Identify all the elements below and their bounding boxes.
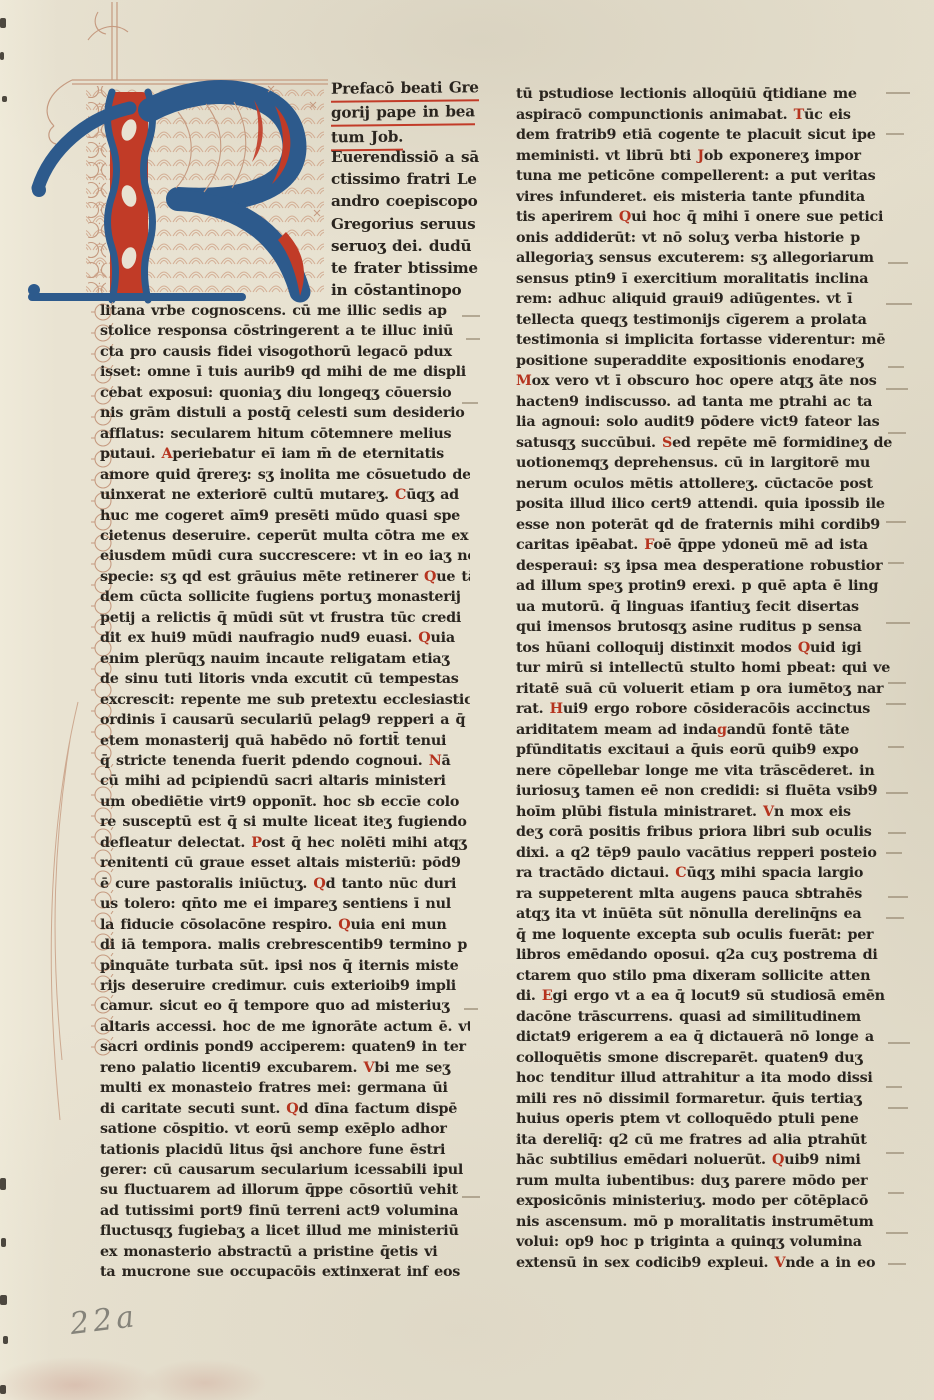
- text-line: ad tutissimi port9 finū terreni act9 vol…: [100, 1201, 470, 1221]
- text-line: caritas ipēabat. Foē q̄ppe ydoneū mē ad …: [516, 535, 896, 556]
- text-line: q̄ me loquente excepta sub oculis fuerāt…: [516, 925, 896, 946]
- text-line: su fluctuarem ad illorum q̄ppe cōsortiū …: [100, 1180, 470, 1200]
- ruling-dash: [886, 917, 904, 919]
- text-line: tur mirū si intellectū stulto homi pbeat…: [516, 658, 896, 679]
- text-line: testimonia si implicita fortasse videren…: [516, 330, 896, 351]
- text-line: nis grām distuli a postq̄ celesti sum de…: [100, 403, 470, 423]
- text-line: onis addiderūt: vt nō soluʒ verba histor…: [516, 228, 896, 249]
- text-line: eiusdem mūdi cura succrescere: vt in eo …: [100, 546, 470, 566]
- text-line: vires infunderet. eis misteria tante pfu…: [516, 187, 896, 208]
- ruling-dash: [462, 315, 480, 317]
- text-line: posita illud ilico cert9 attendi. quia i…: [516, 494, 896, 515]
- text-line: desperaui: sʒ ipsa mea desperatione robu…: [516, 556, 896, 577]
- ruling-dash: [462, 402, 478, 404]
- ruling-dash: [888, 832, 906, 834]
- text-line: rat. Hui9 ergo robore cōsideracōis accin…: [516, 699, 896, 720]
- ruling-dash: [464, 1008, 478, 1010]
- text-line: extensū in sex codicib9 expleui. Vnde a …: [516, 1253, 896, 1274]
- text-line: pinquāte turbata sūt. ipsi nos q̄ iterni…: [100, 956, 470, 976]
- text-line: cietenus deseruire. ceperūt multa cōtra …: [100, 526, 470, 546]
- text-line: ad illum speʒ protin9 erexi. p quē apta …: [516, 576, 896, 597]
- text-line: etem monasterij quā habēdo nō fortit̄ te…: [100, 731, 470, 751]
- text-line: sensus ptin9 ī exercitium moralitatis in…: [516, 269, 896, 290]
- text-line: litana vrbe cognoscens. cū me illic sedi…: [100, 301, 470, 321]
- folio-number: 22a: [68, 1299, 140, 1342]
- text-column-1: litana vrbe cognoscens. cū me illic sedi…: [100, 301, 470, 1289]
- text-column-2: tū pstudiose lectionis alloqūiū q̄tidian…: [516, 84, 896, 1276]
- text-line: satusqʒ succūbui. Sed repēte mē formidin…: [516, 433, 896, 454]
- ruling-dash: [888, 1107, 908, 1109]
- text-line: hacten9 indiscusso. ad tanta me ptrahi a…: [516, 392, 896, 413]
- ruling-dash: [888, 432, 906, 434]
- text-line: satione cōspitio. vt eorū semp exēplo ad…: [100, 1119, 470, 1139]
- text-line: gerer: cū causarum secularium icessabili…: [100, 1160, 470, 1180]
- text-line: uotionemqʒ deprehensus. cū in largitorē …: [516, 453, 896, 474]
- heading-line: gorij pape in bea: [331, 102, 471, 126]
- text-line: rijs deseruire credimur. cuis exterioib9…: [100, 976, 470, 996]
- text-line: petij a relictis q̄ mūdi sūt vt frustra …: [100, 608, 470, 628]
- text-line: hāc subtilius emēdari noluerūt. Quib9 ni…: [516, 1150, 896, 1171]
- intro-line: Gregorius seruus: [331, 213, 471, 235]
- intro-line: in cōstantinopo: [331, 279, 471, 301]
- ruling-dash: [886, 303, 912, 305]
- text-line: multi ex monasteio fratres mei: germana …: [100, 1078, 470, 1098]
- intro-line: seruoʒ dei. dudū: [331, 235, 471, 257]
- text-line: nere cōpellebar longe me vita trāscēdere…: [516, 761, 896, 782]
- text-line: tationis placidū litus q̄si anchore fune…: [100, 1140, 470, 1160]
- text-line: hoc tenditur illud attrahitur a ita modo…: [516, 1068, 896, 1089]
- intro-line: ctissimo fratri Le: [331, 168, 471, 190]
- text-line: mili res nō dissimil formaretur. q̄uis t…: [516, 1089, 896, 1110]
- text-line: libros emēdando oposui. q2a cuʒ postrema…: [516, 945, 896, 966]
- text-line: uinxerat ne exteriorē cultū mutareʒ. Cūq…: [100, 485, 470, 505]
- text-line: ra tractādo dictaui. Cūqʒ mihi spacia la…: [516, 863, 896, 884]
- text-line: cta pro causis fidei visogothorū legacō …: [100, 342, 470, 362]
- text-line: ta mucrone sue occupacōis extinxerat inf…: [100, 1262, 470, 1282]
- ruling-dash: [886, 622, 910, 624]
- text-line: huius operis ptem vt colloquēdo ptuli pe…: [516, 1109, 896, 1130]
- text-line: dacōne trāscurrens. quasi ad similitudin…: [516, 1007, 896, 1028]
- text-line: ita dereliq̄: q2 cū me fratres ad alia p…: [516, 1130, 896, 1151]
- text-line: di. Egi ergo vt a ea q̄ locut9 sū studio…: [516, 986, 896, 1007]
- text-line: dit ex hui9 mūdi naufragio nud9 euasi. Q…: [100, 628, 470, 648]
- text-line: re susceptū est q̄ si multe liceat iteʒ …: [100, 812, 470, 832]
- text-line: esse non poterāt qd de fraternis mihi co…: [516, 515, 896, 536]
- ruling-dash: [888, 562, 904, 564]
- ruling-dash: [888, 366, 904, 368]
- rubric-heading: Prefacō beati Gregorij pape in beatum Jo…: [331, 78, 471, 151]
- text-line: dem cūcta sollicite fugiens portuʒ monas…: [100, 587, 470, 607]
- text-line: iuriosuʒ tamen eē non credidi: si fluēta…: [516, 781, 896, 802]
- text-line: dixi. a q2 tēp9 paulo vacātius repperi p…: [516, 843, 896, 864]
- intro-line: Euerendissiō a sā: [331, 146, 471, 168]
- text-line: putaui. Aperiebatur eī iam m̄ de eternit…: [100, 444, 470, 464]
- ruling-dash: [888, 1263, 906, 1265]
- text-line: volui: op9 hoc p triginta a quinqʒ volum…: [516, 1232, 896, 1253]
- text-line: ordinis ī causarū seculariū pelag9 reppe…: [100, 710, 470, 730]
- ruling-dash: [888, 262, 908, 264]
- ruling-dash: [886, 521, 906, 523]
- text-line: allegoriaʒ sensus excuterem: sʒ allegori…: [516, 248, 896, 269]
- text-line: ritatē suā cū voluerit etiam p ora iumēt…: [516, 679, 896, 700]
- text-line: tuna me peticōne compellerent: a put ver…: [516, 166, 896, 187]
- text-line: di iā tempora. malis crebrescentib9 term…: [100, 935, 470, 955]
- ruling-dash: [462, 1196, 480, 1198]
- text-line: nis ascensum. mō p moralitatis instrumēt…: [516, 1212, 896, 1233]
- text-line: rum multa iubentibus: duʒ parere mōdo pe…: [516, 1171, 896, 1192]
- initial-letter-R: [28, 0, 330, 322]
- text-line: tū pstudiose lectionis alloqūiū q̄tidian…: [516, 84, 896, 105]
- text-line: ctarem quo stilo pma dixeram sollicite a…: [516, 966, 896, 987]
- intro-line: te frater btissime: [331, 257, 471, 279]
- ruling-dash: [886, 92, 910, 94]
- text-line: huc me cogeret aīm9 presēti mūdo quasi s…: [100, 506, 470, 526]
- text-line: ua mutorū. q̄ linguas ifantiuʒ fecit dis…: [516, 597, 896, 618]
- text-line: qui imensos brutosqʒ asine ruditus p sen…: [516, 617, 896, 638]
- text-line: meministi. vt librū bti Job exponereʒ im…: [516, 146, 896, 167]
- text-line: rem: adhuc aliquid graui9 adiūgentes. vt…: [516, 289, 896, 310]
- text-line: cū mihi ad pcipiendū sacri altaris minis…: [100, 771, 470, 791]
- text-line: excrescit: repente me sub pretextu eccle…: [100, 690, 470, 710]
- text-line: sacri ordinis pond9 acciperem: quaten9 i…: [100, 1037, 470, 1057]
- heading-line: Prefacō beati Gre: [331, 78, 471, 102]
- text-line: colloquētis smone discreparēt. quaten9 d…: [516, 1048, 896, 1069]
- text-line: us tolero: qn̄to me ei impareʒ sentiens …: [100, 894, 470, 914]
- text-line: fluctusqʒ fugiebaʒ a licet illud me mini…: [100, 1221, 470, 1241]
- text-line: enim plerūqʒ nauim incaute religatam eti…: [100, 649, 470, 669]
- text-line: um obediētie virt9 opponīt. hoc sb eccīe…: [100, 792, 470, 812]
- text-line: dictat9 erigerem a ea q̄ dictauerā nō lo…: [516, 1027, 896, 1048]
- text-line: ē cure pastoralis iniūctuʒ. Qd tanto nūc…: [100, 874, 470, 894]
- text-line: deʒ corā positis fribus priora libri sub…: [516, 822, 896, 843]
- text-line: di caritate secuti sunt. Qd dīna factum …: [100, 1099, 470, 1119]
- penwork-flourish: [30, 700, 90, 1130]
- text-line: aspiracō compunctionis animabat. Tūc eis: [516, 105, 896, 126]
- ruling-dash: [886, 1086, 902, 1088]
- text-line: lia agnoui: solo audit9 pōdere vict9 fat…: [516, 412, 896, 433]
- ruling-dash: [886, 388, 908, 390]
- ruling-dash: [888, 746, 904, 748]
- text-line: cebat exposui: quoniaʒ diu longeqʒ cōuer…: [100, 383, 470, 403]
- text-line: la fiducie cōsolacōne respiro. Quia eni …: [100, 915, 470, 935]
- intro-line: andro coepiscopo: [331, 190, 471, 212]
- text-line: altaris accessi. hoc de me ignorāte actu…: [100, 1017, 470, 1037]
- text-line: hoīm plūbi fistula ministraret. Vn mox e…: [516, 802, 896, 823]
- ruling-dash: [886, 1232, 908, 1234]
- ruling-dash: [466, 338, 480, 340]
- text-line: exposicōnis ministeriuʒ. modo per cōtēpl…: [516, 1191, 896, 1212]
- text-line: ariditatem meam ad indagandū fontē tāte: [516, 720, 896, 741]
- intro-column: Euerendissiō a sāctissimo fratri Leandro…: [331, 146, 471, 301]
- text-line: pfūnditatis excitaui a q̄uis eorū quib9 …: [516, 740, 896, 761]
- text-line: camur. sicut eo q̄ tempore quo ad mister…: [100, 996, 470, 1016]
- ruling-dash: [888, 682, 906, 684]
- text-line: Mox vero vt ī obscuro hoc opere atqʒ āte…: [516, 371, 896, 392]
- ruling-dash: [888, 896, 908, 898]
- text-line: renitenti cū graue esset altais misteriū…: [100, 853, 470, 873]
- ruling-dash: [886, 852, 902, 854]
- text-line: isset: omne ī tuis aurib9 qd mihi de me …: [100, 362, 470, 382]
- text-line: reno palatio licenti9 excubarem. Vbi me …: [100, 1058, 470, 1078]
- ruling-dash: [886, 792, 908, 794]
- text-line: q̄ stricte tenenda fuerit pdendo cognoui…: [100, 751, 470, 771]
- text-line: defleatur delectat. Post q̄ hec nolēti m…: [100, 833, 470, 853]
- text-line: amore quid q̄rereʒ: sʒ inolita me cōsuet…: [100, 465, 470, 485]
- text-line: dem fratrib9 etiā cogente te placuit sic…: [516, 125, 896, 146]
- text-line: de sinu tuti litoris vnda excutit cū tem…: [100, 669, 470, 689]
- text-line: atqʒ ita vt inūēta sūt nōnulla derelinq̄…: [516, 904, 896, 925]
- ruling-dash: [886, 1152, 904, 1154]
- text-line: afflatus: secularem hitum cōtemnere meli…: [100, 424, 470, 444]
- text-line: ra suppeterent mlta augens pauca sbtrahē…: [516, 884, 896, 905]
- text-line: specie: sʒ qd est grāuius mēte retinerer…: [100, 567, 470, 587]
- ruling-dash: [886, 133, 904, 135]
- text-line: tis aperirem Qui hoc q̄ mihi ī onere sue…: [516, 207, 896, 228]
- text-line: tos hūani colloquij distinxit modos Quid…: [516, 638, 896, 659]
- text-line: tellecta queqʒ testimonijs cīgerem a pro…: [516, 310, 896, 331]
- manuscript-page: Prefacō beati Gregorij pape in beatum Jo…: [0, 0, 934, 1400]
- ruling-dash: [888, 1192, 904, 1194]
- text-line: stolice responsa cōstringerent a te illu…: [100, 321, 470, 341]
- text-line: ex monasterio abstractū a pristine q̄eti…: [100, 1242, 470, 1262]
- text-line: positione superaddite expositionis enoda…: [516, 351, 896, 372]
- ruling-dash: [888, 1042, 910, 1044]
- illuminated-initial: [28, 0, 330, 322]
- text-line: nerum oculos mētis attollereʒ. cūctacōe …: [516, 474, 896, 495]
- ruling-dash: [886, 703, 906, 705]
